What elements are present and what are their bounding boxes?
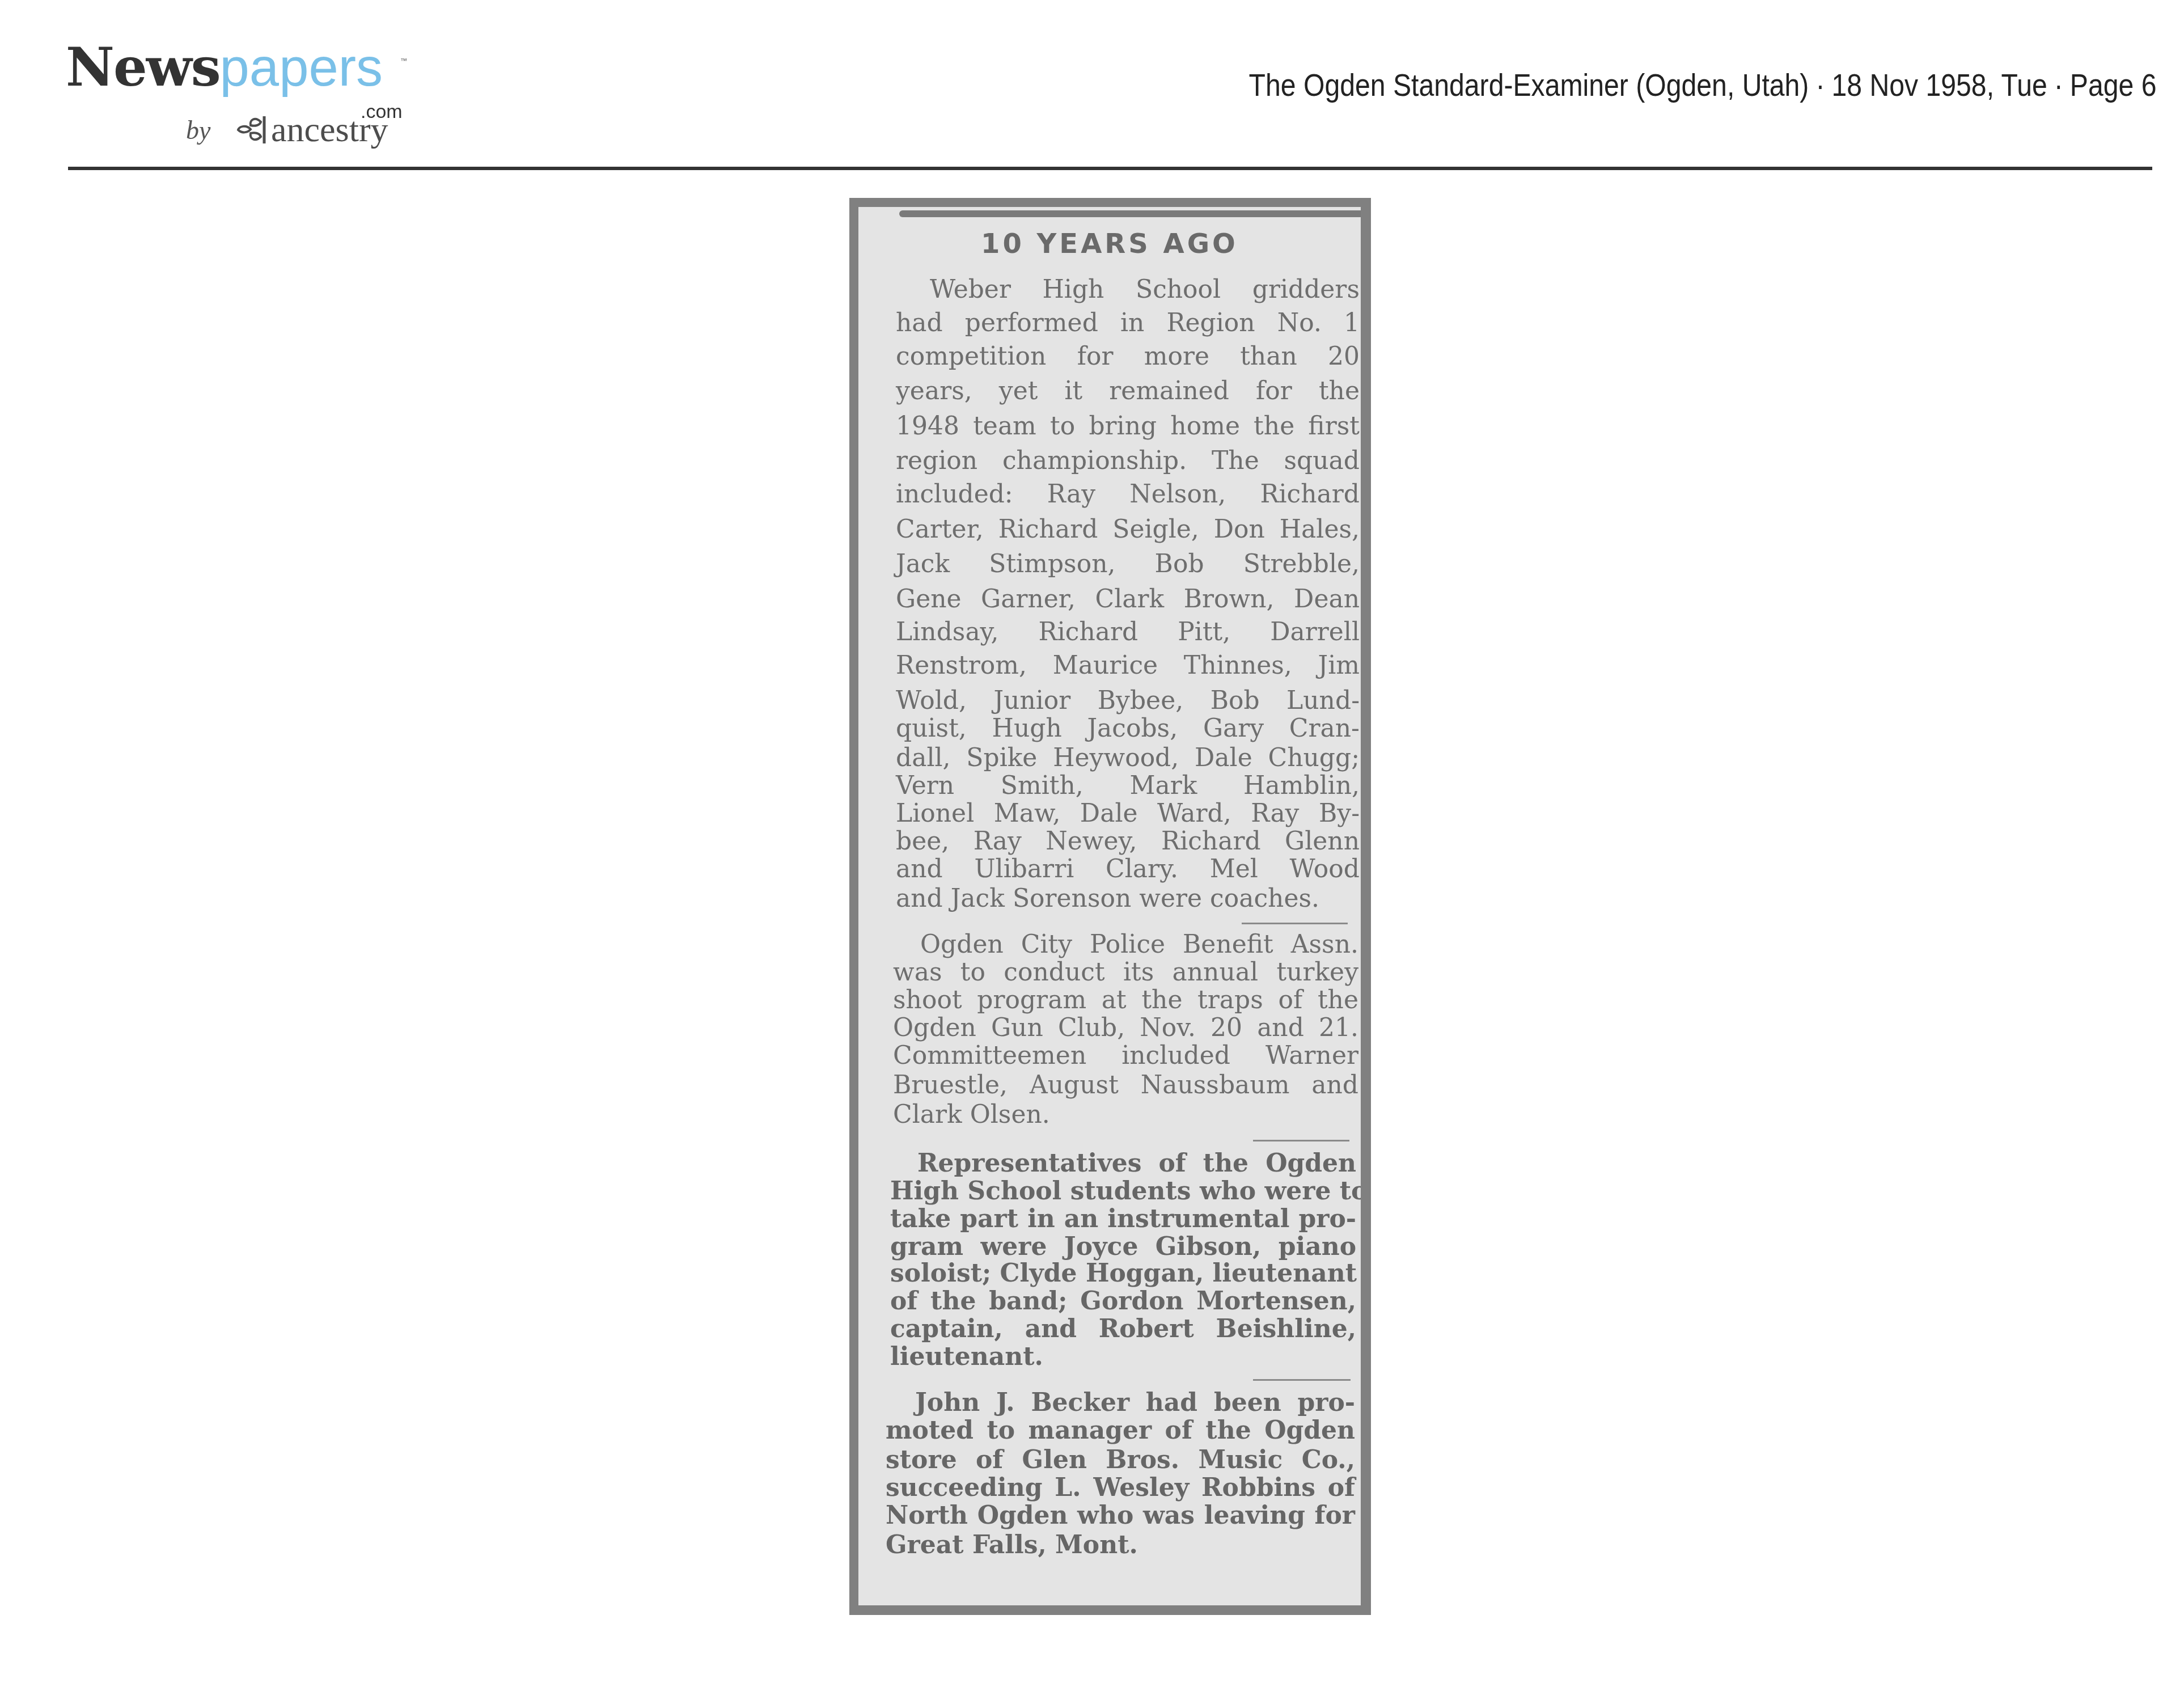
column-top-rule [899,210,1361,217]
item-divider [1253,1379,1351,1381]
article-line: Ogden Gun Club, Nov. 20 and 21. [893,1014,1358,1042]
logo-by-text: by [186,113,210,147]
article-line: captain, and Robert Beishline, [890,1315,1356,1343]
article-headline: 10 YEARS AGO [858,227,1361,261]
separator-dot: · [2054,67,2063,103]
article-line: Clark Olsen. [893,1101,1358,1129]
publication-info: The Ogden Standard-Examiner (Ogden, Utah… [1249,67,2157,103]
article-line: had performed in Region No. 1 [896,309,1360,337]
article-line: Great Falls, Mont. [886,1531,1355,1559]
logo-papers-text: papers [220,37,383,97]
logo-news-text: News [66,36,220,99]
logo-wordmark: Newspapers [66,41,383,94]
article-line: Committeemen included Warner [893,1042,1358,1070]
article-line: 1948 team to bring home the first [896,412,1360,441]
header-divider [68,167,2152,170]
article-line: store of Glen Bros. Music Co., [886,1446,1355,1474]
article-line: included: Ray Nelson, Richard [896,480,1360,509]
page-number: Page 6 [2070,67,2157,103]
article-line: Gene Garner, Clark Brown, Dean [896,585,1360,614]
article-line: soloist; Clyde Hoggan, lieutenant [890,1259,1356,1288]
item-divider [1242,923,1348,924]
article-line: Vern Smith, Mark Hamblin, [896,772,1360,800]
article-line: High School students who were to [890,1177,1356,1206]
article-line: Renstrom, Maurice Thinnes, Jim [896,652,1360,680]
article-line: of the band; Gordon Mortensen, [890,1287,1356,1316]
article-line: and Jack Sorenson were coaches. [896,885,1360,913]
article-line: was to conduct its annual turkey [893,958,1358,987]
newspapers-by-ancestry-logo[interactable]: Newspapers ™ .com by ancestry [66,41,406,149]
newspaper-clipping: 10 YEARS AGO Weber High School griddersh… [858,207,1361,1605]
logo-ancestry-text: ancestry [271,110,388,150]
ancestry-leaf-icon [236,114,268,146]
article-line: Ogden City Police Benefit Assn. [920,931,1358,959]
article-line: bee, Ray Newey, Richard Glenn [896,827,1360,856]
item-divider [1253,1140,1349,1141]
article-line: Lionel Maw, Dale Ward, Ray By- [896,800,1360,828]
article-line: Wold, Junior Bybee, Bob Lund- [896,687,1360,715]
article-line: take part in an instrumental pro- [890,1205,1356,1233]
article-line: moted to manager of the Ogden [886,1417,1355,1445]
article-line: years, yet it remained for the [896,377,1360,405]
article-line: John J. Becker had been pro- [915,1389,1355,1417]
article-line: shoot program at the traps of the [893,986,1358,1014]
logo-trademark: ™ [400,57,407,65]
clipping-frame: 10 YEARS AGO Weber High School griddersh… [849,198,1371,1615]
publication-name: The Ogden Standard-Examiner (Ogden, Utah… [1249,67,1809,103]
article-line: Lindsay, Richard Pitt, Darrell [896,618,1360,646]
article-line: North Ogden who was leaving for [886,1502,1355,1530]
article-line: competition for more than 20 [896,343,1360,371]
separator-dot: · [1816,67,1825,103]
article-line: lieutenant. [890,1343,1356,1371]
article-line: and Ulibarri Clary. Mel Wood [896,855,1360,883]
article-line: Carter, Richard Seigle, Don Hales, [896,515,1360,544]
article-line: Jack Stimpson, Bob Strebble, [896,550,1360,578]
ancestry-brand: ancestry [236,110,388,150]
article-line: Bruestle, August Naussbaum and [893,1071,1358,1100]
publication-date: 18 Nov 1958, Tue [1832,67,2047,103]
article-line: gram were Joyce Gibson, piano [890,1233,1356,1261]
article-line: succeeding L. Wesley Robbins of [886,1474,1355,1502]
article-line: region championship. The squad [896,447,1360,475]
article-line: Representatives of the Ogden [917,1149,1356,1178]
article-line: dall, Spike Heywood, Dale Chugg; [896,744,1360,772]
article-line: Weber High School gridders [930,276,1360,304]
article-line: quist, Hugh Jacobs, Gary Cran- [896,714,1360,743]
